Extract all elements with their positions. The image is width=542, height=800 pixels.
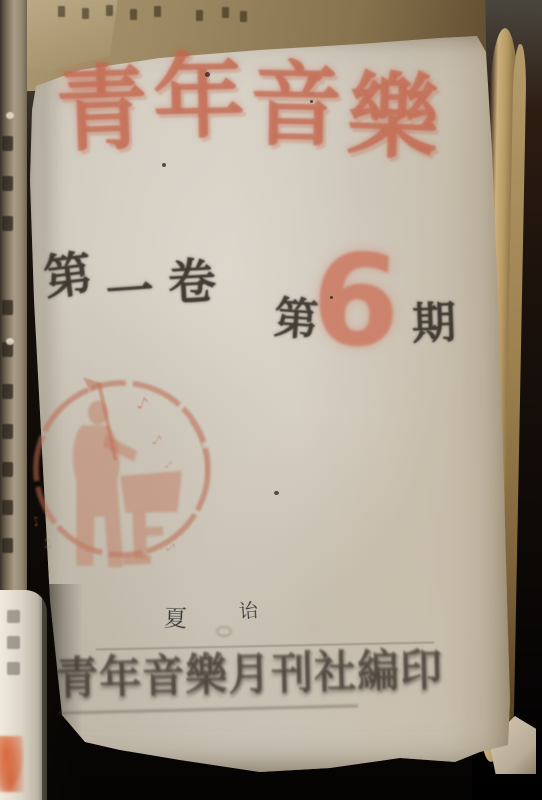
paper-speck	[274, 491, 279, 495]
issue-suffix: 期	[411, 301, 457, 347]
svg-text:♪: ♪	[30, 514, 43, 531]
stamp-underline-smudge	[58, 704, 358, 714]
handwritten-char-1: 夏	[164, 608, 188, 632]
svg-text:♫: ♫	[40, 535, 54, 551]
volume-char-2: 一	[104, 266, 155, 317]
svg-text:♪: ♪	[150, 432, 164, 450]
title-char-3: 音	[249, 59, 343, 153]
svg-text:♪: ♪	[134, 393, 150, 415]
svg-text:♪: ♪	[162, 458, 174, 473]
photo-of-magazine-cover: 青 年 音 樂 第 一 卷 第 6 期	[0, 0, 542, 800]
title-char-4: 樂	[345, 70, 440, 165]
youth-music-society-seal: ♪ ♪ ♪ ♪ ♫ ♪	[10, 360, 229, 581]
paper-speck	[330, 296, 333, 299]
volume-char-1: 第	[41, 249, 95, 302]
paper-speck	[310, 100, 313, 103]
cover-content: 青 年 音 樂 第 一 卷 第 6 期	[0, 0, 542, 800]
title-char-2: 年	[152, 51, 246, 145]
ink-smudge	[216, 626, 232, 637]
paper-speck	[205, 72, 210, 77]
publisher-imprint: 青年音樂月刊社編印	[55, 644, 443, 704]
seal-ring	[33, 380, 211, 558]
title-char-1: 青	[54, 62, 149, 157]
volume-char-3: 卷	[167, 257, 217, 307]
paper-speck	[162, 163, 166, 167]
handwritten-char-2: 诒	[238, 601, 259, 622]
issue-number: 6	[310, 237, 402, 366]
